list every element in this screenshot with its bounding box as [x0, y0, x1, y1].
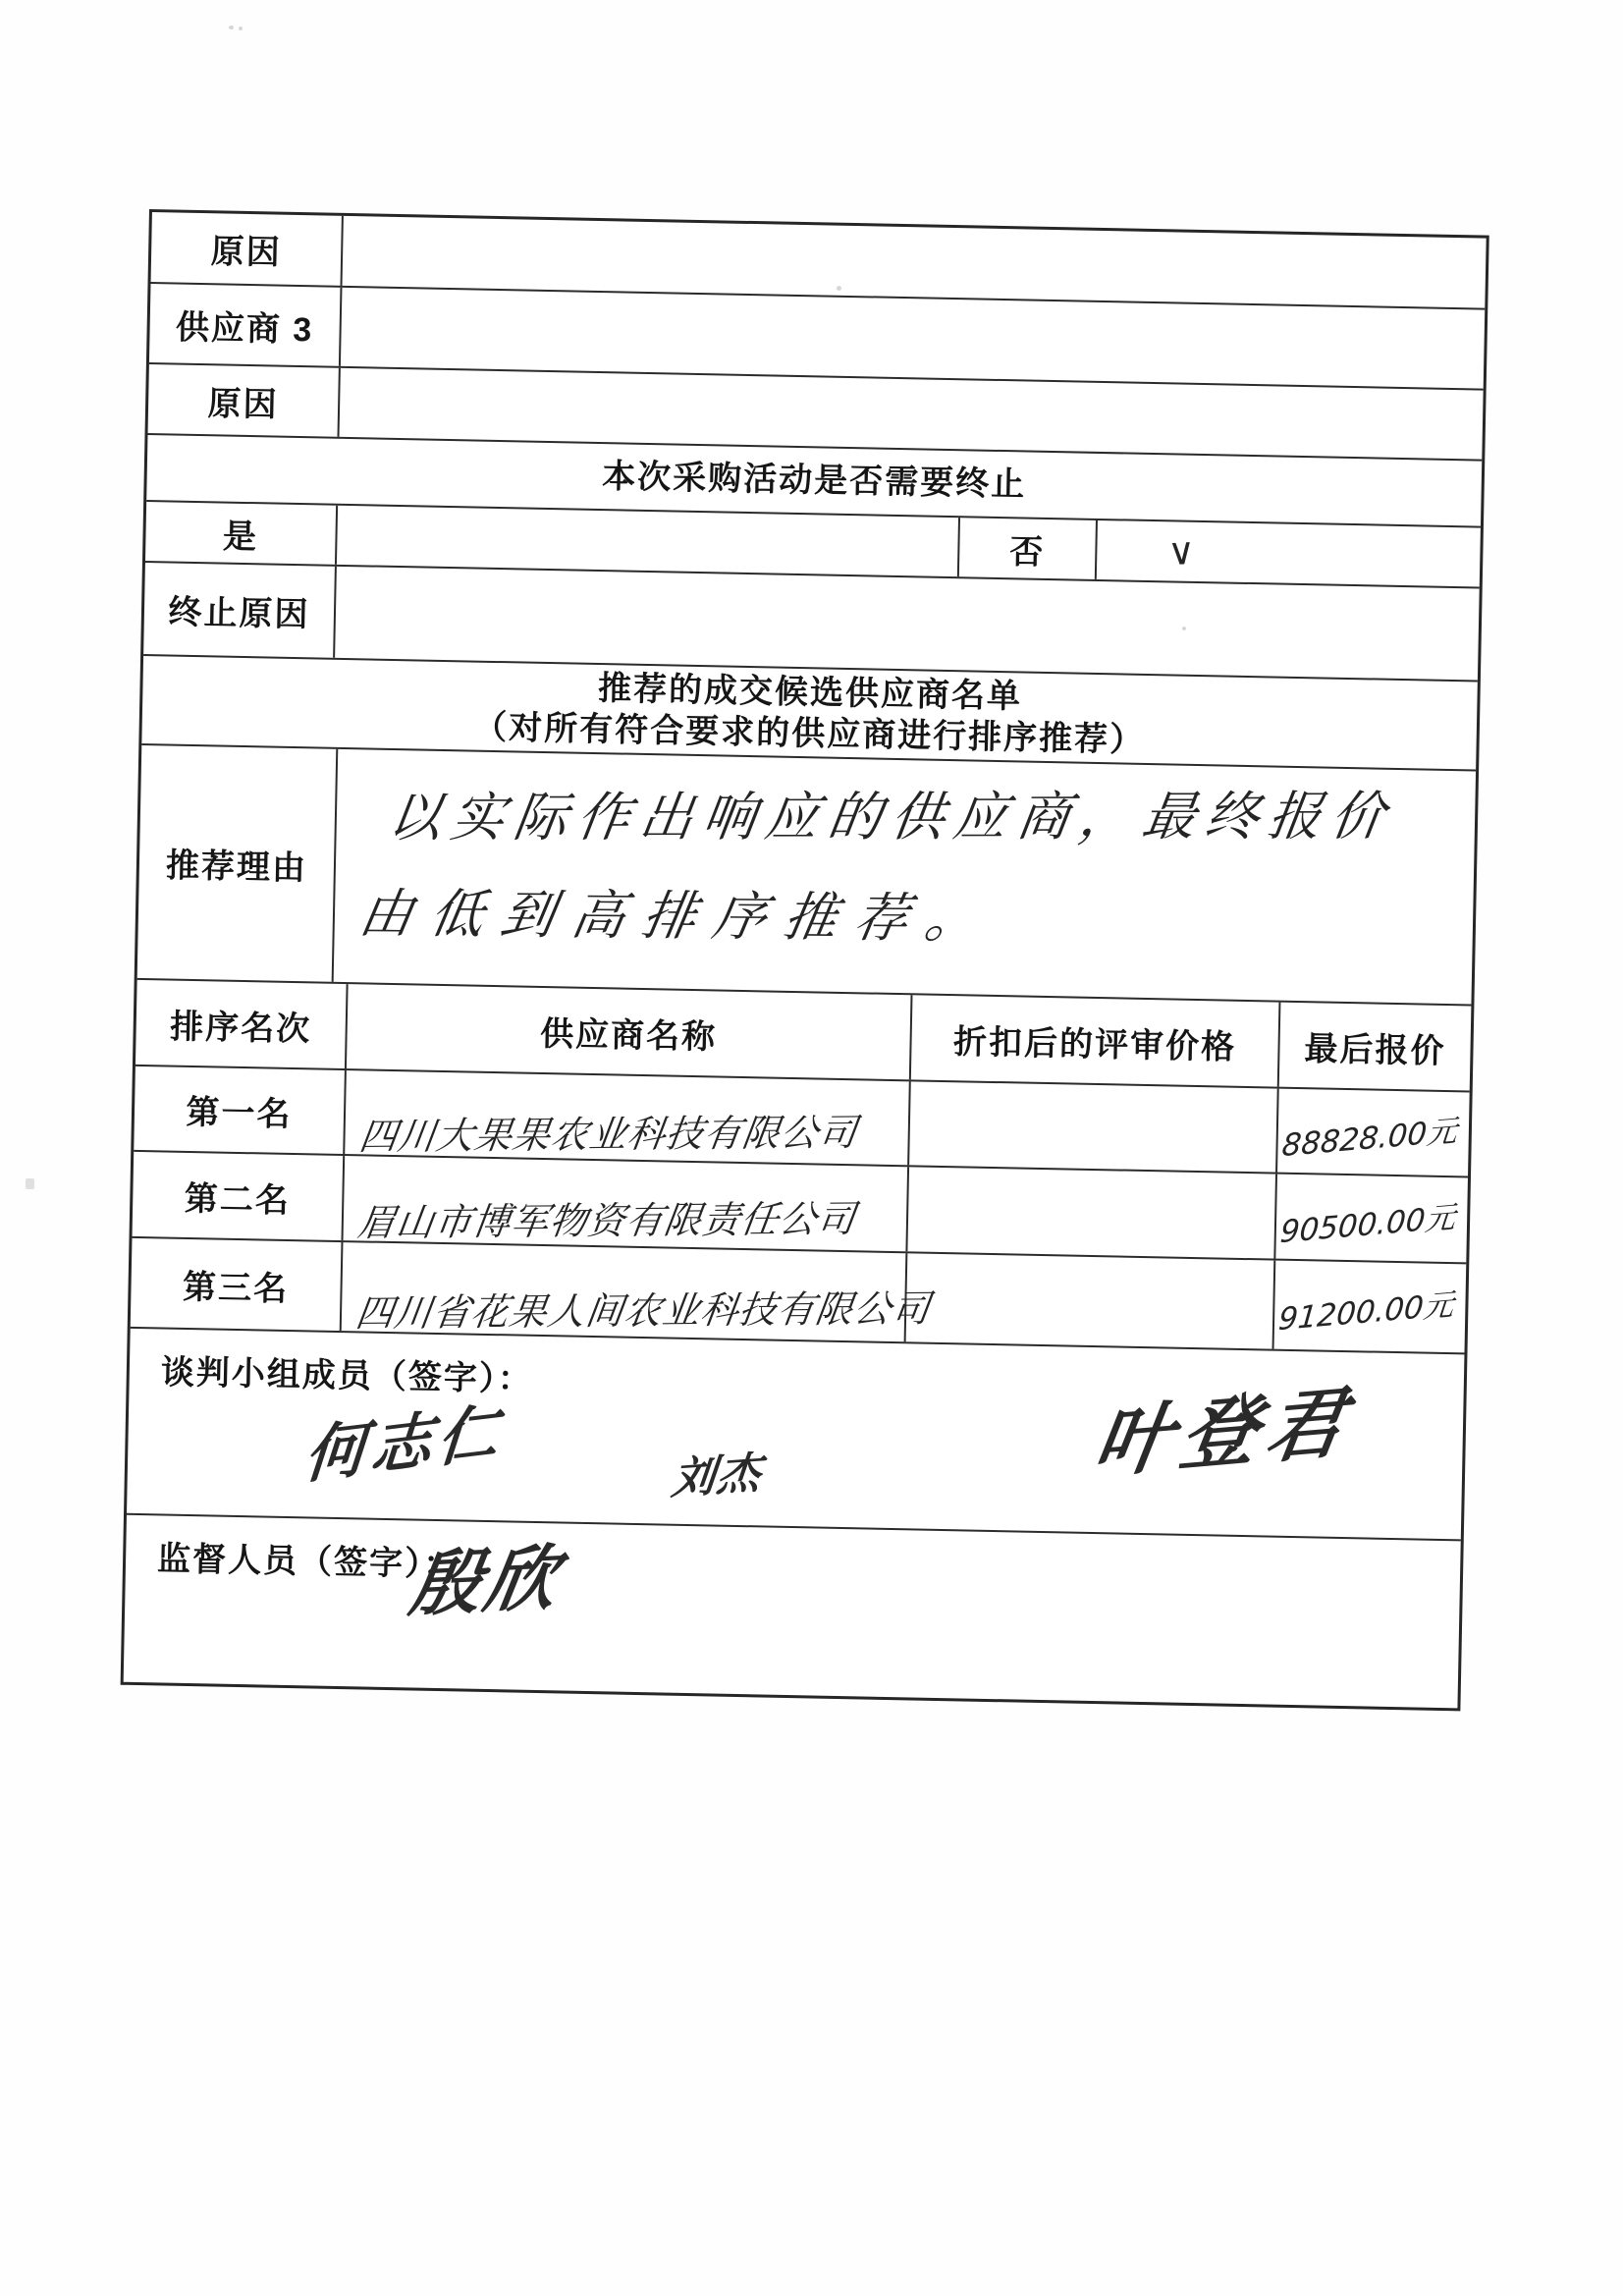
recommend-reason-label: 推荐理由	[137, 745, 339, 982]
rank-1-final-price-handwriting: 88828.00元	[1280, 1106, 1459, 1166]
scan-artifact	[837, 286, 841, 291]
recommend-reason-row: 推荐理由 以实际作出响应的供应商，最终报价 由低到高排序推荐。	[137, 745, 1476, 1007]
supervisor-signature: 殷欣	[405, 1520, 570, 1631]
ranking-header-supplier: 供应商名称	[347, 984, 913, 1079]
rank-1-final-price-cell: 88828.00元	[1277, 1089, 1470, 1176]
ranking-header-rank: 排序名次	[135, 980, 349, 1068]
rank-2-review-price	[907, 1167, 1277, 1258]
scanned-document-page: 原因 供应商 3 原因 本次采购活动是否需要终止 是 否 ∨ 终止原	[0, 0, 1623, 2296]
yes-label: 是	[145, 502, 338, 565]
rank-2-supplier-handwriting: 眉山市博军物资有限责任公司	[354, 1188, 859, 1246]
rank-2-supplier-cell: 眉山市博军物资有限责任公司	[344, 1156, 910, 1251]
reason-row-2-label: 原因	[148, 364, 341, 437]
rank-3-label: 第三名	[131, 1238, 344, 1331]
rank-1-label: 第一名	[134, 1066, 347, 1154]
ranking-header-final-price: 最后报价	[1279, 1003, 1472, 1091]
termination-reason-label: 终止原因	[143, 563, 337, 658]
recommend-reason-handwriting-line2: 由低到高排序推荐。	[354, 871, 1003, 953]
scan-artifact	[239, 27, 243, 30]
reason-row-1-label: 原因	[151, 212, 344, 286]
ranking-header-review-price: 折扣后的评审价格	[911, 995, 1281, 1086]
rank-3-supplier-handwriting: 四川省花果人间农业科技有限公司	[353, 1278, 935, 1337]
scan-artifact	[229, 26, 234, 29]
team-signature-3: 叶登君	[1087, 1359, 1363, 1493]
scan-artifact	[1182, 627, 1186, 630]
supplier3-label: 供应商 3	[149, 284, 343, 366]
scan-artifact	[26, 1178, 34, 1189]
yes-value	[337, 506, 960, 576]
team-signature-1: 何志仁	[301, 1382, 509, 1495]
rank-1-supplier-cell: 四川大果果农业科技有限公司	[345, 1070, 911, 1165]
recommend-title-line2: （对所有符合要求的供应商进行排序推荐）	[473, 706, 1146, 760]
rank-2-label: 第二名	[133, 1152, 346, 1240]
recommend-reason-value: 以实际作出响应的供应商，最终报价 由低到高排序推荐。	[334, 749, 1476, 1005]
no-label: 否	[959, 518, 1098, 579]
supervisor-signature-cell: 监督人员（签字）： 殷欣	[124, 1515, 1461, 1709]
rank-1-review-price	[909, 1081, 1279, 1172]
rank-3-final-price-cell: 91200.00元	[1274, 1261, 1467, 1353]
rank-2-final-price-handwriting: 90500.00元	[1278, 1191, 1457, 1251]
no-checkmark: ∨	[1166, 529, 1196, 574]
recommend-reason-handwriting-line1: 以实际作出响应的供应商，最终报价	[384, 775, 1400, 851]
no-value-cell: ∨	[1097, 520, 1481, 587]
procurement-form-table: 原因 供应商 3 原因 本次采购活动是否需要终止 是 否 ∨ 终止原	[121, 209, 1489, 1711]
rank-3-final-price-handwriting: 91200.00元	[1277, 1280, 1456, 1339]
supervisor-signature-row: 监督人员（签字）： 殷欣	[124, 1515, 1461, 1709]
rank-3-supplier-cell: 四川省花果人间农业科技有限公司	[342, 1242, 908, 1341]
rank-3-review-price	[906, 1253, 1276, 1348]
rank-2-final-price-cell: 90500.00元	[1275, 1175, 1468, 1263]
team-signature-2: 刘杰	[670, 1437, 767, 1506]
team-signature-row: 谈判小组成员（签字）： 何志仁 刘杰 叶登君	[127, 1329, 1464, 1542]
team-signature-cell: 谈判小组成员（签字）： 何志仁 刘杰 叶登君	[127, 1329, 1464, 1540]
rank-1-supplier-handwriting: 四川大果果农业科技有限公司	[356, 1102, 861, 1160]
